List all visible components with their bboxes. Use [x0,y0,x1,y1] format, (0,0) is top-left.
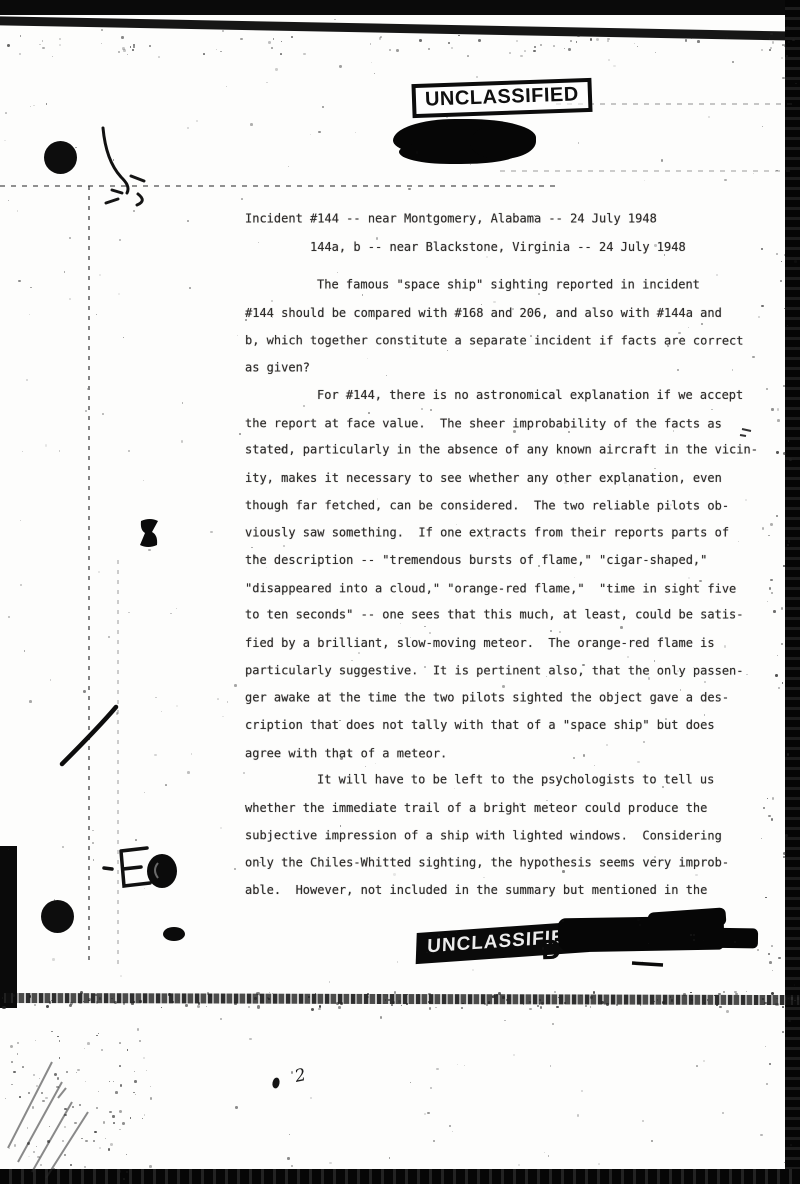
scan-speckle [84,1048,85,1049]
scan-speckle [634,43,635,44]
scan-speckle [549,530,550,531]
scan-speckle [552,1023,555,1026]
scan-speckle [529,1008,532,1011]
scan-speckle [726,1010,729,1013]
scan-speckle [695,874,698,877]
scan-speckle [19,53,21,55]
scan-speckle [41,1092,44,1095]
scan-speckle [108,636,110,638]
scan-speckle [222,30,224,32]
scan-speckle [554,991,556,993]
scan-speckle [33,1151,35,1153]
scan-speckle [457,1064,458,1065]
scan-speckle [101,43,102,44]
scan-speckle [538,293,540,295]
scan-speckle [768,815,771,818]
text-line: 144a, b -- near Blackstone, Virginia -- … [245,234,785,262]
scan-speckle [435,1007,436,1008]
scan-speckle [428,48,430,50]
scan-speckle [448,42,450,44]
scan-speckle [42,1100,44,1102]
scan-speckle [275,68,277,70]
text-line: as given? [245,354,790,382]
scan-speckle [697,40,700,43]
scan-speckle [513,1054,514,1055]
scan-speckle [723,991,724,992]
pen-scratch-cluster [106,176,144,205]
scan-speckle [161,711,162,712]
scan-speckle [139,1000,141,1002]
scan-speckle [594,765,595,766]
scan-speckle [508,999,509,1000]
scan-speckle [288,166,289,167]
scan-speckle [101,1049,103,1051]
scan-speckle [170,613,172,615]
scan-speckle [59,1040,60,1041]
scan-speckle [119,1042,121,1044]
scan-speckle [451,47,453,49]
scan-speckle [121,36,123,38]
scan-speckle [59,450,60,451]
scan-speckle [340,757,343,760]
scan-speckle [128,612,129,613]
scan-speckle [523,1004,524,1005]
scan-speckle [496,994,497,995]
scan-speckle [133,1092,135,1094]
scan-speckle [776,451,778,453]
scan-speckle [765,1046,767,1048]
scan-speckle [776,998,777,999]
scan-speckle [84,1166,86,1168]
scan-speckle [722,1112,724,1114]
scan-speckle [220,51,222,53]
scan-speckle [606,1003,608,1005]
ink-dot [271,1077,280,1089]
scan-speckle [92,830,93,831]
scan-speckle [234,1002,237,1005]
scan-speckle [118,293,120,295]
scan-speckle [409,346,411,348]
scan-speckle [27,1127,28,1128]
scan-speckle [222,716,223,717]
fold-line [500,170,790,172]
scan-speckle [176,608,177,609]
scan-speckle [35,1040,36,1041]
scan-speckle [486,1004,488,1006]
scan-speckle [732,61,734,63]
scan-speckle [370,43,371,44]
scan-speckle [678,332,681,335]
scan-speckle [693,934,695,936]
scan-speckle [69,298,71,300]
scan-speckle [607,40,609,42]
scan-speckle [577,34,580,37]
scan-speckle [149,45,151,47]
scan-speckle [585,1005,587,1007]
scan-speckle [550,1065,552,1067]
scan-speckle [45,444,47,446]
scan-speckle [102,413,104,415]
scan-speckle [476,76,479,79]
scan-speckle [185,1004,188,1007]
scan-speckle [291,1165,293,1167]
scan-speckle [39,1078,40,1079]
scan-speckle [794,260,796,262]
scan-speckle [560,775,562,777]
scan-speckle [655,52,656,53]
scan-speckle [42,918,43,919]
text-line: particularly suggestive. It is pertinent… [245,657,790,685]
corner-scratches [8,1062,88,1178]
scan-speckle [768,953,770,955]
scan-speckle [771,408,773,410]
scan-speckle [548,1155,549,1156]
scan-speckle [135,839,137,841]
scan-speckle [20,35,21,36]
scan-speckle [704,681,706,683]
scan-speckle [257,1005,260,1008]
scan-speckle [93,1140,95,1142]
scan-speckle [362,294,363,295]
scan-speckle [26,379,28,381]
scan-speckle [553,45,555,47]
scan-speckle [498,992,501,995]
scan-speckle [408,188,411,191]
scan-speckle [98,1033,99,1034]
scan-speckle [149,1165,152,1168]
scan-speckle [62,846,64,848]
scan-speckle [389,49,391,51]
scan-speckle [696,1065,698,1067]
scan-speckle [9,1148,10,1149]
scan-speckle [787,325,788,326]
scan-speckle [743,997,744,998]
scan-speckle [775,674,778,677]
scan-speckle [537,1005,539,1007]
scan-speckle [524,50,526,52]
scan-speckle [120,1084,123,1087]
scan-speckle [544,1152,545,1153]
scan-speckle [249,1038,251,1040]
scan-speckle [146,1070,147,1071]
text-line: subjective impression of a ship with lig… [245,822,790,850]
scan-speckle [673,430,674,431]
scan-speckle [429,632,431,634]
scan-speckle [217,698,219,700]
scan-speckle [187,220,188,221]
scan-speckle [311,1008,314,1011]
scan-speckle [391,1004,393,1006]
scan-speckle [546,800,548,802]
scan-speckle [87,1042,90,1045]
scan-speckle [576,41,578,43]
text-line: Incident #144 -- near Montgomery, Alabam… [245,206,785,234]
scan-speckle [69,1004,72,1007]
scan-speckle [688,586,689,587]
scan-speckle [654,244,656,246]
hole-punch [44,141,77,174]
scan-speckle [291,36,293,38]
scan-speckle [132,49,134,51]
scan-speckle [769,587,772,590]
pen-squiggle-mark [103,128,128,193]
scan-speckle [118,51,120,53]
scan-speckle [49,1001,51,1003]
scan-speckle [17,1053,19,1055]
scan-speckle [119,1110,122,1113]
scan-speckle [777,408,779,410]
scan-speckle [30,106,31,107]
scan-speckle [398,1000,401,1003]
scan-speckle [753,173,754,174]
scan-speckle [96,314,97,315]
scan-speckle [570,40,572,42]
scan-speckle [182,402,184,404]
scan-speckle [665,718,667,720]
scan-speckle [8,200,9,201]
scan-speckle [643,741,645,743]
scan-speckle [37,1156,40,1159]
scan-speckle [187,127,189,129]
scan-speckle [389,1157,391,1159]
scan-speckle [226,86,227,87]
scan-speckle [134,1071,135,1072]
scan-speckle [52,56,54,58]
scan-speckle [266,82,267,83]
scan-speckle [590,1006,591,1007]
scan-speckle [5,1098,6,1099]
text-line: able. However, not included in the summa… [245,877,790,905]
scan-speckle [613,65,616,68]
scan-speckle [64,1154,66,1156]
scan-speckle [401,1005,402,1006]
scan-speckle [637,46,639,48]
scan-speckle [620,626,622,628]
scan-speckle [66,1071,67,1072]
scan-speckle [291,1071,294,1074]
scan-speckle [746,674,747,675]
scan-speckle [81,1138,82,1139]
scan-speckle [761,49,763,51]
scan-speckle [64,1108,66,1110]
scanned-document-page: UNCLASSIFIED UNCLASSIFIED D Incident #14… [0,0,800,1184]
scan-speckle [329,981,330,982]
scan-speckle [220,827,223,830]
scan-speckle [196,120,198,122]
scan-speckle [769,49,771,51]
scan-speckle [227,701,228,702]
scan-speckle [42,40,43,41]
scan-speckle [47,1140,50,1143]
text-line: to ten seconds" -- one sees that this mu… [245,602,790,630]
scan-speckle [109,1081,110,1082]
scan-speckle [564,482,566,484]
scan-speckle [541,1002,544,1005]
scan-edge-left [0,846,17,1008]
scan-speckle [461,1007,463,1009]
scan-speckle [281,41,282,42]
scan-speckle [708,116,710,118]
scan-speckle [187,771,190,774]
scan-speckle [189,287,191,289]
scan-speckle [110,1143,113,1146]
handwritten-page-mark: 2 [293,1065,308,1087]
scan-speckle [8,616,10,618]
scan-speckle [478,39,481,42]
scan-speckle [762,126,763,127]
scan-speckle [150,1086,151,1087]
scan-speckle [53,1168,55,1170]
scan-speckle [763,807,765,809]
scan-speckle [752,356,754,358]
scan-speckle [550,630,552,632]
scan-speckle [241,198,243,200]
scan-speckle [119,1129,121,1131]
scan-speckle [122,1122,125,1125]
scan-speckle [738,541,739,542]
scan-speckle [379,37,382,40]
scan-speckle [348,754,351,757]
scan-speckle [273,38,275,40]
scan-speckle [472,969,474,971]
scan-speckle [493,301,495,303]
scan-speckle [99,274,101,276]
scan-speckle [79,1104,81,1106]
scan-speckle [45,1097,47,1099]
scan-speckle [96,1001,98,1003]
scan-speckle [113,1081,115,1083]
scan-speckle [154,754,156,756]
scan-speckle [406,1003,409,1006]
scan-speckle [237,335,238,336]
scan-speckle [785,1058,787,1060]
text-line: fied by a brilliant, slow-moving meteor.… [245,630,790,658]
scan-speckle [766,1083,768,1085]
scan-speckle [51,1031,52,1032]
text-line: For #144, there is no astronomical expla… [245,382,790,410]
scan-speckle [280,53,282,55]
scan-speckle [760,1134,762,1136]
text-line: cription that does not tally with that o… [245,712,790,740]
scan-speckle [654,856,656,858]
scan-speckle [772,41,774,43]
scan-speckle [690,992,692,994]
scan-speckle [606,744,608,746]
scan-speckle [64,271,65,272]
scan-speckle [123,337,124,338]
scan-speckle [540,44,542,46]
scan-speckle [772,970,773,971]
scan-speckle [509,52,511,54]
scan-speckle [430,1087,433,1090]
scan-speckle [762,998,764,1000]
scan-speckle [794,984,796,986]
scan-speckle [168,993,171,996]
scan-speckle [139,1040,142,1043]
scan-speckle [538,565,540,567]
scan-speckle [734,941,736,943]
scan-speckle [220,1018,222,1020]
scan-speckle [670,504,671,505]
scan-speckle [143,480,144,481]
scan-noise-strip [0,993,800,1005]
text-line: It will have to be left to the psycholog… [245,767,790,795]
scan-speckle [130,1117,132,1119]
scan-speckle [130,46,131,47]
scan-speckle [735,993,737,995]
scan-speckle [757,949,759,951]
small-ink-blot [163,927,185,941]
text-line: ity, makes it necessary to see whether a… [245,465,790,493]
scan-speckle [456,524,457,525]
scan-speckle [64,1114,67,1117]
scan-speckle [266,567,267,568]
scan-speckle [103,1121,105,1123]
scan-speckle [771,818,773,820]
text-line: the description -- "tremendous bursts of… [245,547,790,575]
text-line: stated, particularly in the absence of a… [245,437,790,465]
text-line: agree with that of a meteor. [245,740,790,768]
page-edge-line [117,560,119,970]
text-line: viously saw something. If one extracts f… [245,519,790,547]
incident-header: Incident #144 -- near Montgomery, Alabam… [245,206,785,261]
scan-speckle [559,631,561,633]
scan-speckle [770,33,773,36]
scan-speckle [30,287,31,288]
scan-speckle [12,994,15,997]
scan-speckle [126,1154,127,1155]
scan-speckle [113,159,114,160]
text-line: "disappeared into a cloud," "orange-red … [245,575,790,603]
scan-speckle [711,409,712,410]
scan-speckle [693,939,695,941]
scan-speckle [462,1003,464,1005]
scan-speckle [578,142,579,143]
scan-speckle [691,37,692,38]
scan-speckle [254,997,256,999]
scan-speckle [99,1147,101,1149]
scan-speckle [627,656,629,658]
scan-speckle [243,772,245,774]
scan-speckle [75,147,77,149]
scan-speckle [22,1066,24,1068]
scan-speckle [4,140,5,141]
scan-speckle [410,1082,411,1083]
scan-speckle [371,62,372,63]
scan-speckle [72,1106,74,1108]
scan-speckle [77,1069,80,1072]
scan-speckle [795,347,797,349]
scan-speckle [28,1092,30,1094]
scan-speckle [339,65,341,67]
scan-speckle [119,239,122,242]
scan-speckle [96,1035,98,1037]
scan-speckle [268,41,271,44]
scan-speckle [540,1006,542,1008]
scan-speckle [52,958,54,960]
scan-speckle [271,47,273,49]
scan-speckle [2,1006,5,1009]
scan-speckle [108,1148,110,1150]
scan-speckle [303,53,306,56]
scan-speckle [608,59,610,61]
scan-speckle [648,943,649,944]
scan-speckle [419,39,422,42]
scan-speckle [392,694,393,695]
scan-speckle [40,1164,42,1166]
scan-speckle [118,1170,120,1172]
scan-speckle [657,999,659,1001]
